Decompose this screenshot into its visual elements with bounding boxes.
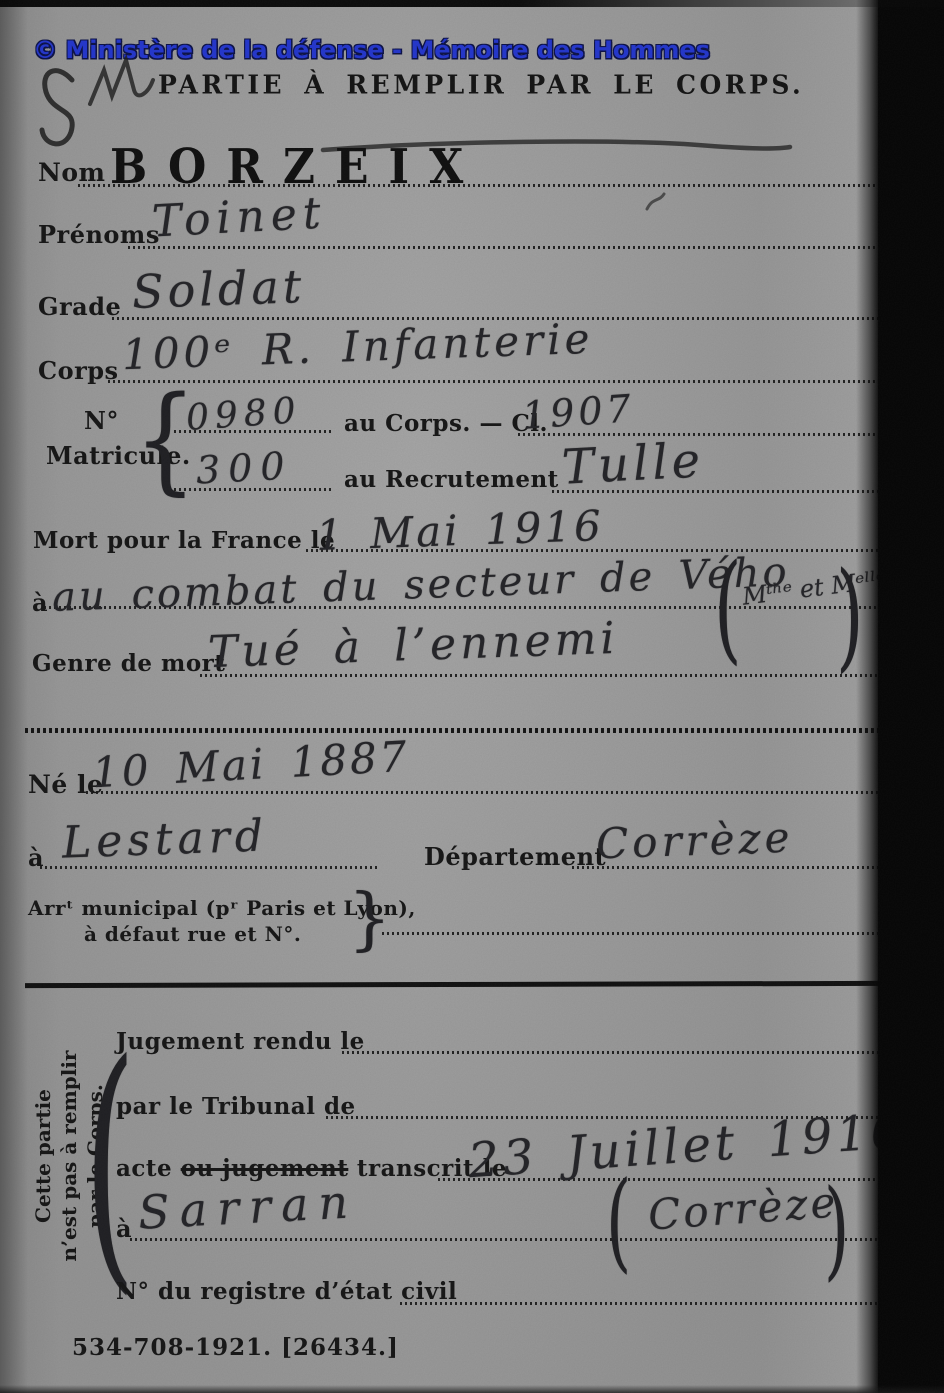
matricule-recrutement-dotted [174, 488, 334, 491]
matricule-corps-dotted [174, 430, 334, 433]
scan-top-edge [0, 0, 944, 7]
matricule-recrutement-place: Tulle [561, 432, 706, 495]
form-title: PARTIE À REMPLIR PAR LE CORPS. [158, 69, 804, 99]
genre-mort-value: Tué à l’ennemi [207, 613, 619, 678]
matricule-classe-value: 1907 [521, 386, 637, 438]
blank-heavy-dotted-line [25, 728, 880, 733]
tribunal-label: par le Tribunal de [116, 1093, 356, 1120]
mort-date-value: 1 Mai 1916 [315, 501, 604, 560]
registre-label: N° du registre d’état civil [116, 1278, 457, 1305]
arr-municipal-brace: } [348, 886, 391, 954]
corps-dotted-line [108, 380, 880, 383]
matricule-recrutement-number: 300 [195, 444, 294, 493]
section-separator-rule [25, 981, 880, 988]
sidebar-note-line2: n’est pas à remplir [56, 1010, 82, 1302]
sidebar-note-line1: Cette partie [30, 1010, 56, 1302]
corps-value: 100ᵉ R. Infanterie [121, 314, 594, 379]
scan-bottom-edge [0, 1385, 944, 1393]
death-record-scan: © Ministère de la défense - Mémoire des … [0, 0, 944, 1393]
lieu-mort-value: au combat du secteur de Vého [51, 549, 790, 621]
footer-imprint: 534-708-1921. [26434.] [72, 1334, 399, 1361]
genre-mort-label: Genre de mort [32, 650, 225, 677]
matricule-recrutement-label: au Recrutement [344, 466, 559, 493]
grade-label: Grade [38, 292, 121, 321]
grade-value: Soldat [131, 259, 306, 319]
acte-lieu-value: Sarran [137, 1174, 359, 1239]
stray-pen-mark [644, 192, 668, 214]
prenoms-value: Toinet [151, 187, 328, 247]
prenoms-dotted-line [128, 246, 880, 249]
acte-lieu-dotted-line [130, 1238, 880, 1241]
nom-value: BORZEIX [110, 140, 483, 195]
nom-label: Nom [38, 158, 105, 187]
matricule-place-dotted [552, 490, 880, 493]
arr-municipal-label-line2: à défaut rue et N°. [84, 922, 301, 946]
acte-label-prefix: acte [116, 1155, 181, 1182]
lieu-annotation-open-paren: ( [714, 548, 742, 666]
jugement-label: Jugement rendu le [116, 1028, 365, 1055]
arr-municipal-dotted-line [382, 932, 880, 935]
acte-lieu-open-paren: ( [606, 1168, 631, 1276]
scan-edge-shadow [856, 0, 880, 1393]
corps-label: Corps [38, 356, 119, 385]
jugement-dotted-line [342, 1051, 880, 1054]
mort-label: Mort pour la France le [33, 527, 335, 554]
ne-a-value: Lestard [61, 810, 269, 868]
prenoms-label: Prénoms [38, 220, 160, 249]
acte-lieu-close-paren: ) [824, 1176, 849, 1284]
ne-le-dotted-line [86, 791, 880, 794]
registre-dotted-line [400, 1302, 880, 1305]
ne-le-value: 10 Mai 1887 [91, 732, 411, 798]
acte-lieu-annotation: Corrèze [647, 1177, 840, 1239]
scan-black-band [878, 0, 944, 1393]
departement-value: Corrèze [595, 813, 794, 869]
matricule-label-line1: N° [84, 406, 119, 435]
lieu-mort-label: à [32, 588, 48, 617]
scan-left-shade [0, 0, 28, 1393]
